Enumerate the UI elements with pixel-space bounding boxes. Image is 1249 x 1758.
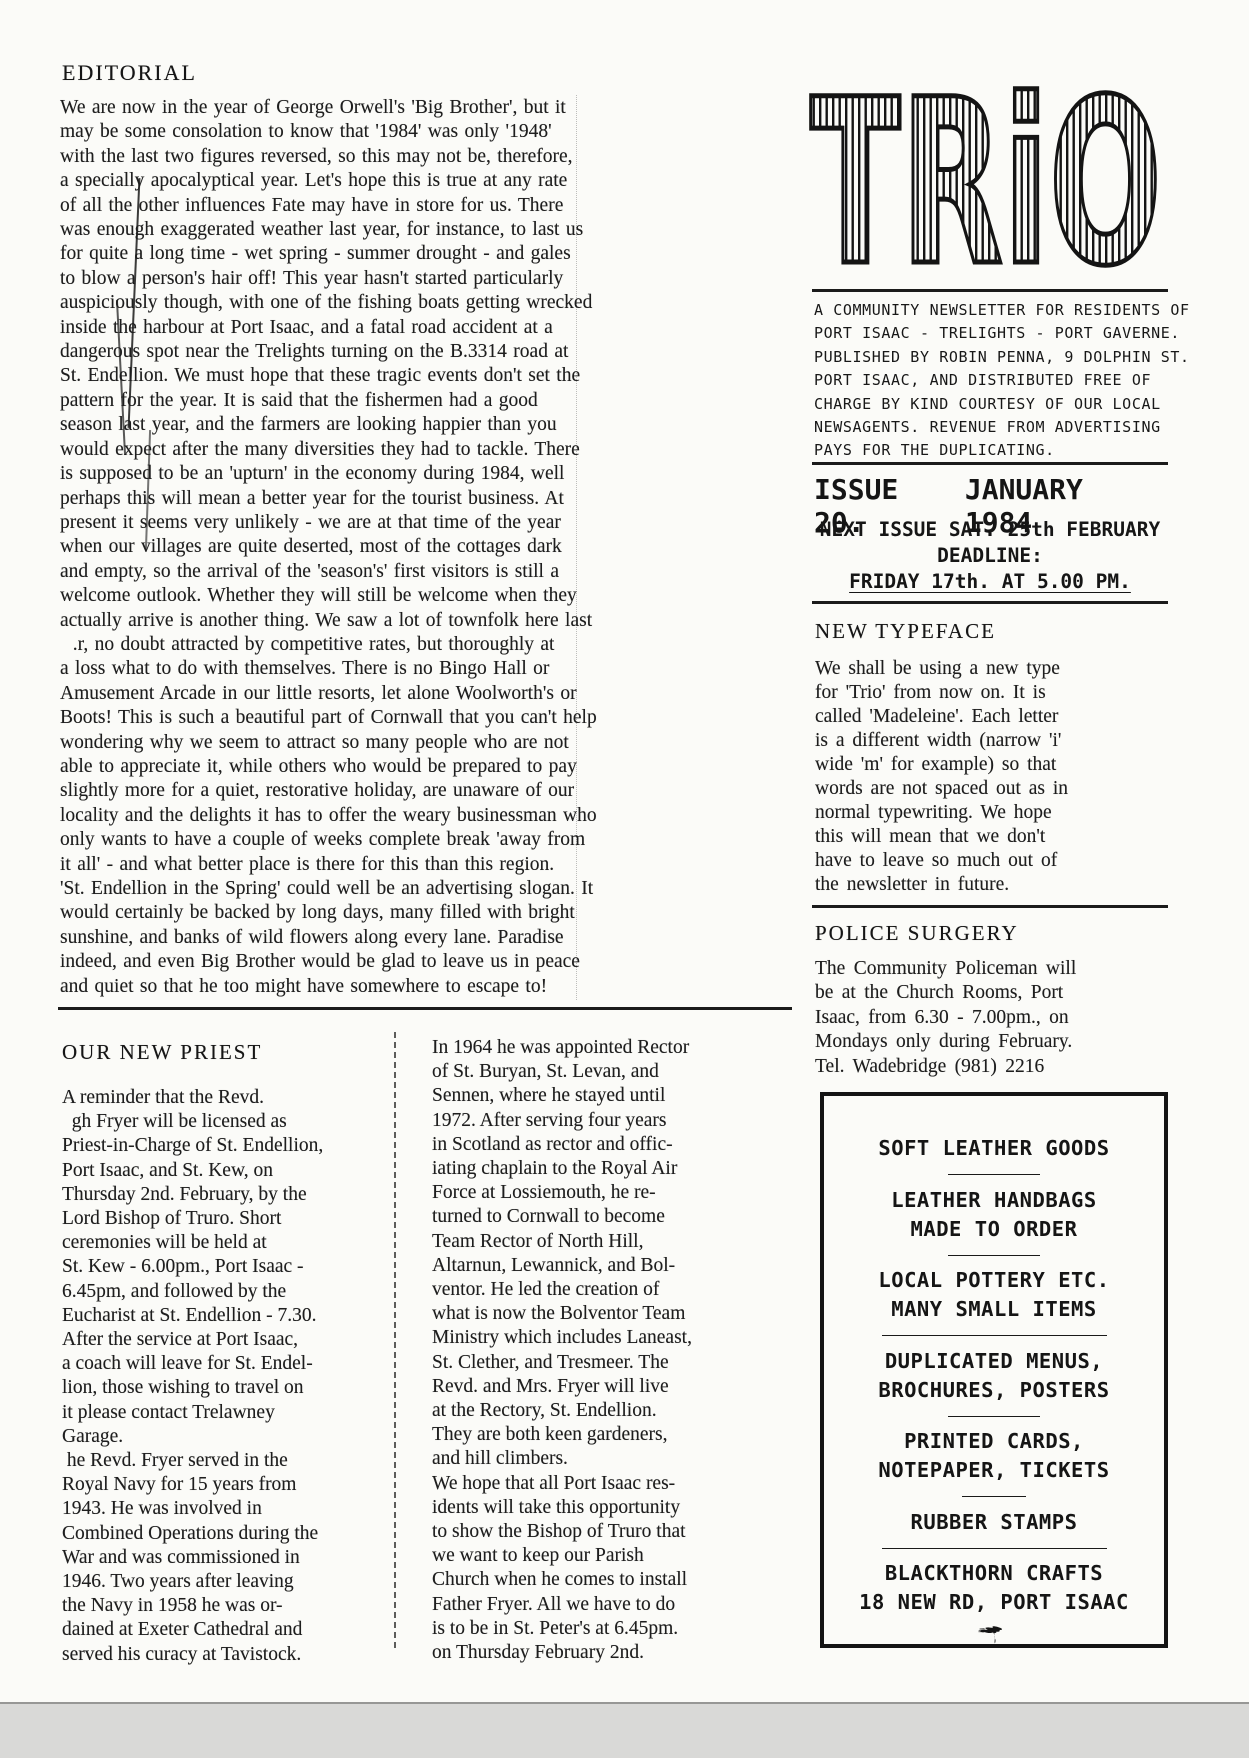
newsletter-page: EDITORIAL We are now in the year of Geor… <box>0 0 1249 1758</box>
editorial-heading: EDITORIAL <box>62 60 197 86</box>
new-typeface-body: We shall be using a new type for 'Trio' … <box>815 657 1175 897</box>
editorial-bottom-rule <box>58 1007 792 1010</box>
advert-divider <box>962 1496 1026 1497</box>
next-issue-line: NEXT ISSUE SAT. 25th FEBRUARY <box>812 517 1168 543</box>
deadline-date: FRIDAY 17th. AT 5.00 PM. <box>812 569 1168 595</box>
advert-divider <box>882 1548 1107 1549</box>
section-rule <box>812 905 1168 908</box>
trio-logo: TRiO <box>806 54 1168 286</box>
police-surgery-heading: POLICE SURGERY <box>815 921 1019 946</box>
priest-article-col2: In 1964 he was appointed Rector of St. B… <box>432 1036 804 1665</box>
priest-article-heading: OUR NEW PRIEST <box>62 1040 262 1065</box>
advert-item: RUBBER STAMPS <box>911 1508 1078 1537</box>
new-typeface-heading: NEW TYPEFACE <box>815 619 996 644</box>
advert-divider <box>948 1255 1040 1256</box>
editorial-body: We are now in the year of George Orwell'… <box>60 96 728 999</box>
advert-item: PRINTED CARDS, NOTEPAPER, TICKETS <box>878 1427 1109 1485</box>
masthead-rule <box>812 289 1168 292</box>
advert-item: SOFT LEATHER GOODS <box>878 1134 1109 1163</box>
trio-logo-text: TRiO <box>810 54 1162 286</box>
advert-divider <box>948 1416 1040 1417</box>
advert-item: LEATHER HANDBAGS MADE TO ORDER <box>891 1186 1096 1244</box>
priest-article-col1: A reminder that the Revd. gh Fryer will … <box>62 1086 402 1667</box>
deadline-label: DEADLINE: <box>812 543 1168 569</box>
masthead-description: A COMMUNITY NEWSLETTER FOR RESIDENTS OF … <box>814 299 1170 463</box>
section-rule <box>812 462 1168 465</box>
section-rule <box>812 601 1168 604</box>
next-issue-block: NEXT ISSUE SAT. 25th FEBRUARY DEADLINE: … <box>812 517 1168 595</box>
police-surgery-body: The Community Policeman will be at the C… <box>815 957 1175 1079</box>
advert-divider <box>882 1335 1107 1336</box>
windswept-tree-icon <box>929 1623 1059 1644</box>
column-divider <box>394 1032 396 1648</box>
scan-edge-band <box>0 1702 1249 1758</box>
advert-divider <box>948 1174 1040 1175</box>
advert-item: LOCAL POTTERY ETC. MANY SMALL ITEMS <box>878 1266 1109 1324</box>
advert-box: SOFT LEATHER GOODS LEATHER HANDBAGS MADE… <box>820 1092 1168 1648</box>
advert-item: DUPLICATED MENUS, BROCHURES, POSTERS <box>878 1347 1109 1405</box>
advert-item: BLACKTHORN CRAFTS 18 NEW RD, PORT ISAAC <box>859 1559 1129 1617</box>
